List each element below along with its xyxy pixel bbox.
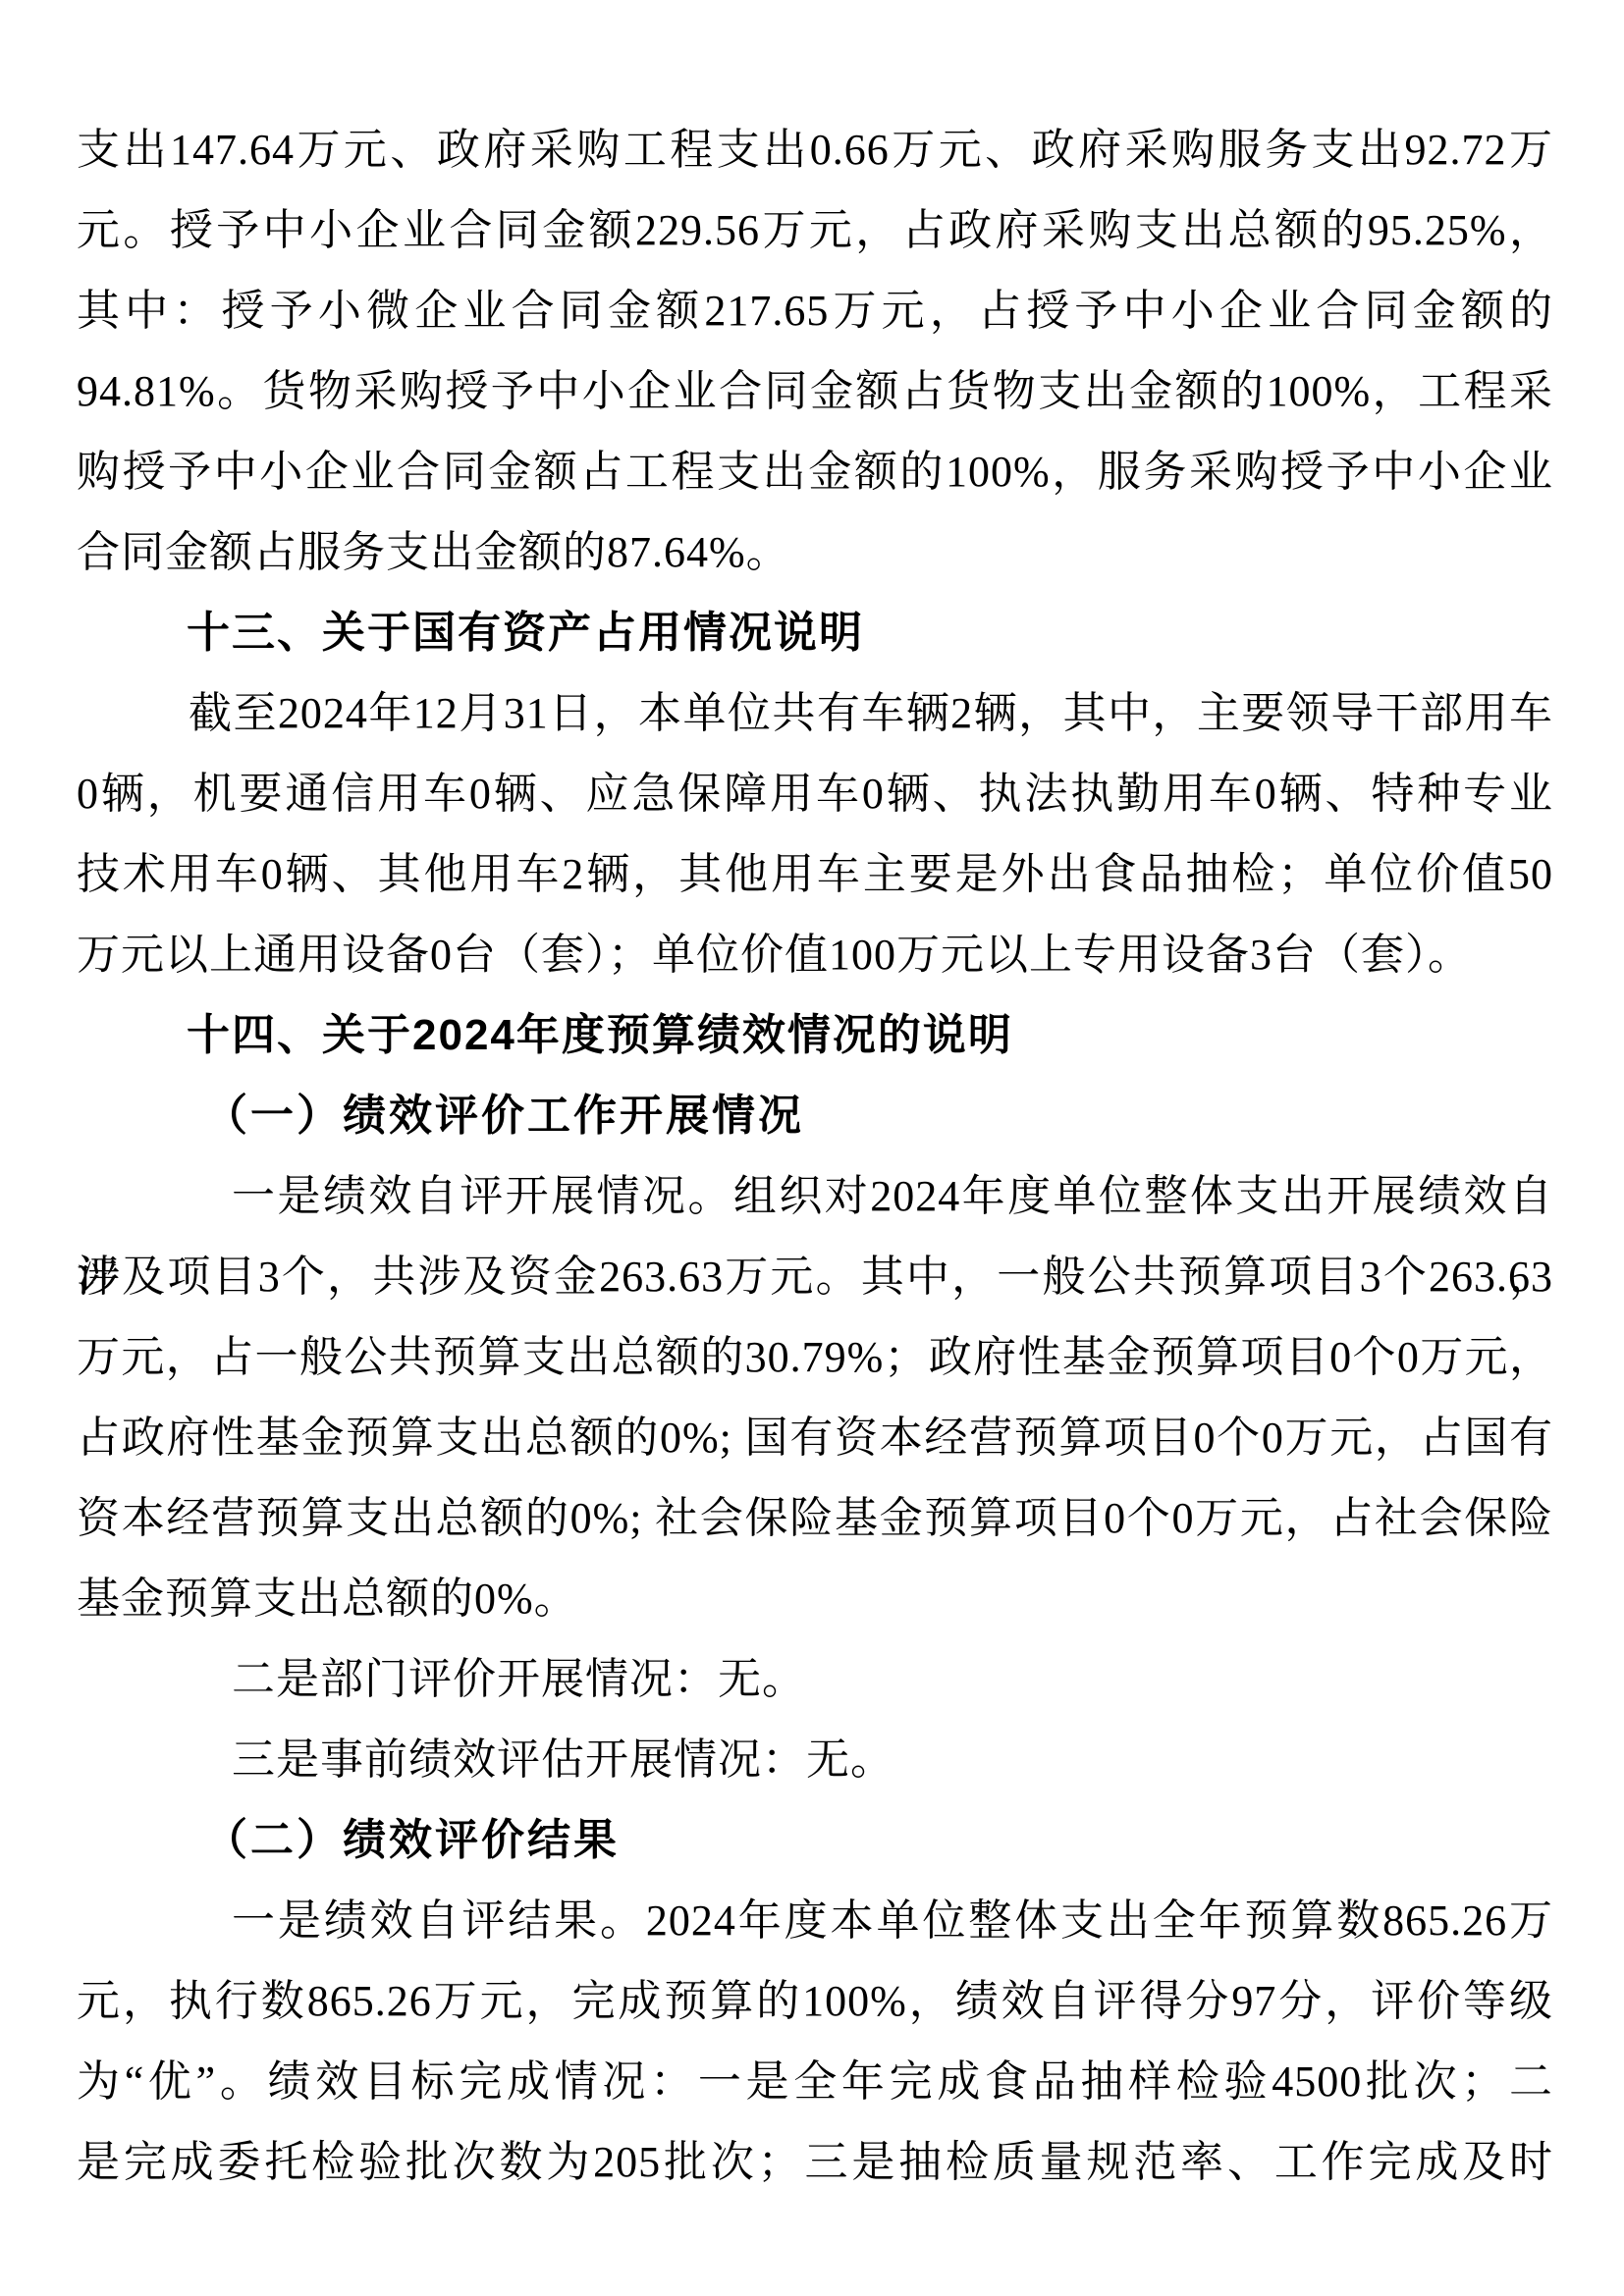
self-eval-paragraph-line-2: 涉及项目3个，共涉及资金263.63万元。其中，一般公共预算项目3个263.63 (77, 1237, 1553, 1317)
subsection-2-heading: （二）绩效评价结果 (204, 1800, 1553, 1881)
document-text: 支出147.64万元、政府采购工程支出0.66万元、政府采购服务支出92.72万… (77, 110, 1553, 2203)
procurement-paragraph-line-4: 94.81%。货物采购授予中小企业合同金额占货物支出金额的100%，工程采 (77, 351, 1553, 432)
self-eval-paragraph-line-4: 占政府性基金预算支出总额的0%; 国有资本经营预算项目0个0万元，占国有 (77, 1398, 1553, 1478)
self-eval-paragraph-line-1: 一是绩效自评开展情况。组织对2024年度单位整体支出开展绩效自评， (77, 1156, 1553, 1237)
procurement-paragraph-line-6: 合同金额占服务支出金额的87.64%。 (77, 512, 1553, 593)
procurement-paragraph-line-5: 购授予中小企业合同金额占工程支出金额的100%，服务采购授予中小企业 (77, 432, 1553, 512)
eval-result-paragraph-line-1: 一是绩效自评结果。2024年度本单位整体支出全年预算数865.26万 (77, 1881, 1553, 1961)
document-page: 支出147.64万元、政府采购工程支出0.66万元、政府采购服务支出92.72万… (0, 0, 1624, 2296)
assets-paragraph-line-3: 技术用车0辆、其他用车2辆，其他用车主要是外出食品抽检；单位价值50 (77, 834, 1553, 915)
assets-paragraph-line-1: 截至2024年12月31日，本单位共有车辆2辆，其中，主要领导干部用车 (77, 673, 1553, 754)
eval-result-paragraph-line-4: 是完成委托检验批次数为205批次；三是抽检质量规范率、工作完成及时 (77, 2122, 1553, 2203)
eval-result-paragraph-line-2: 元，执行数865.26万元，完成预算的100%，绩效自评得分97分，评价等级 (77, 1961, 1553, 2042)
dept-eval-paragraph-line-1: 二是部门评价开展情况：无。 (77, 1639, 1553, 1720)
self-eval-paragraph-line-3: 万元，占一般公共预算支出总额的30.79%；政府性基金预算项目0个0万元， (77, 1317, 1553, 1398)
section-13-heading: 十三、关于国有资产占用情况说明 (187, 593, 1553, 673)
assets-paragraph-line-4: 万元以上通用设备0台（套）；单位价值100万元以上专用设备3台（套）。 (77, 915, 1553, 995)
eval-result-paragraph-line-3: 为“优”。绩效目标完成情况：一是全年完成食品抽样检验4500批次；二 (77, 2042, 1553, 2122)
procurement-paragraph-line-3: 其中：授予小微企业合同金额217.65万元，占授予中小企业合同金额的 (77, 271, 1553, 351)
self-eval-paragraph-line-5: 资本经营预算支出总额的0%; 社会保险基金预算项目0个0万元，占社会保险 (77, 1478, 1553, 1559)
procurement-paragraph-line-2: 元。授予中小企业合同金额229.56万元，占政府采购支出总额的95.25%， (77, 190, 1553, 271)
pre-assessment-paragraph-line-1: 三是事前绩效评估开展情况：无。 (77, 1720, 1553, 1800)
subsection-1-heading: （一）绩效评价工作开展情况 (204, 1076, 1553, 1156)
assets-paragraph-line-2: 0辆，机要通信用车0辆、应急保障用车0辆、执法执勤用车0辆、特种专业 (77, 754, 1553, 834)
section-14-heading: 十四、关于2024年度预算绩效情况的说明 (187, 995, 1553, 1076)
self-eval-paragraph-line-6: 基金预算支出总额的0%。 (77, 1559, 1553, 1639)
procurement-paragraph-line-1: 支出147.64万元、政府采购工程支出0.66万元、政府采购服务支出92.72万 (77, 110, 1553, 190)
